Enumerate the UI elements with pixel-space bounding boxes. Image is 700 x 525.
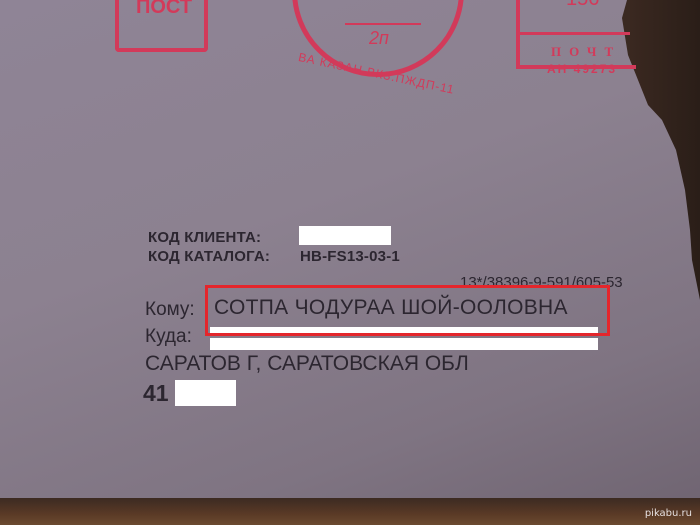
meter-stamp-value: 156: [566, 0, 599, 11]
watermark: pikabu.ru: [645, 508, 692, 519]
client-code-redaction: [299, 226, 391, 245]
postal-code-redaction: [175, 380, 236, 406]
postal-code-prefix: 41: [143, 380, 169, 407]
city-region: САРАТОВ Г, САРАТОВСКАЯ ОБЛ: [145, 352, 469, 376]
to-label: Кому:: [145, 299, 195, 321]
client-code-label: КОД КЛИЕНТА:: [148, 229, 261, 246]
table-surface: [0, 498, 700, 525]
meter-stamp-post-label: ПОЧТ: [551, 44, 621, 60]
meter-stamp-divider: [520, 32, 630, 35]
square-stamp-text: ПОСТ: [136, 0, 192, 19]
envelope-photo: ПОСТ 2п ВА КАЗАН.ВКЗ.ПЖДП-11 156 ПОЧТ АН…: [0, 0, 700, 525]
catalog-code-label: КОД КАТАЛОГА:: [148, 248, 270, 265]
where-label: Куда:: [145, 326, 192, 348]
postmark-number: 2п: [369, 28, 389, 49]
address-redaction-2: [210, 338, 598, 350]
postmark-divider: [345, 23, 421, 25]
catalog-code-value: HB-FS13-03-1: [300, 248, 400, 265]
recipient-highlight-box: [205, 285, 610, 336]
meter-stamp-code: АН 49273: [547, 62, 617, 76]
